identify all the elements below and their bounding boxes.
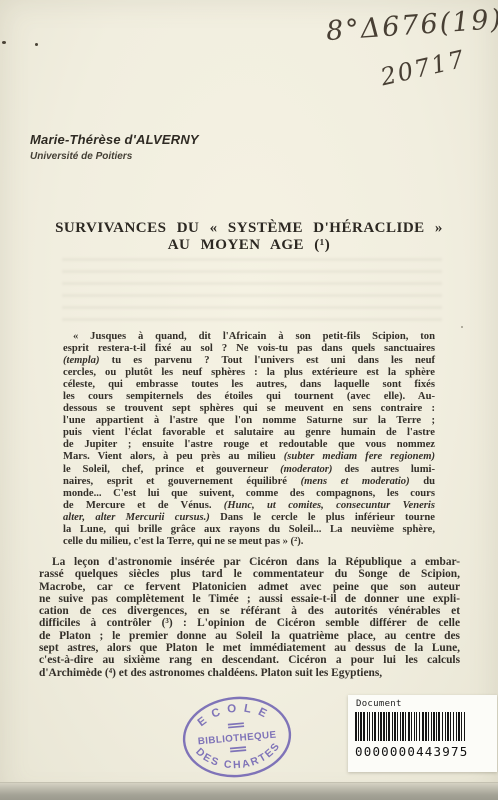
- text-line: La leçon d'astronomie insérée par Cicéro…: [39, 556, 460, 568]
- text-line: d'Archimède (⁴) et des astronomes chaldé…: [39, 667, 460, 679]
- stamp-top-text: ECOLE: [195, 700, 276, 730]
- text-line: la Lune, qui brille grâce aux rayons du …: [63, 524, 435, 536]
- barcode: [355, 712, 486, 741]
- text-line: céleste, qui embrasse toutes les autres,…: [63, 379, 435, 391]
- text-line: naires, esprit et gouvernement équilibré…: [63, 476, 435, 488]
- text-line: dessous se trouvent sept sphères qui se …: [63, 403, 435, 415]
- text-line: le Soleil, chef, prince et gouverneur (m…: [63, 464, 435, 476]
- text-line: de Mercure et de Vénus. (Hunc, ut comite…: [63, 500, 435, 512]
- paper-speck: [2, 41, 6, 44]
- text-line: celle du milieu, c'est la Terre, qui ne …: [63, 536, 435, 548]
- text-line: c'est-à-dire au sixième rang en descenda…: [39, 654, 460, 666]
- barcode-bar: [464, 712, 465, 741]
- text-line: ne suive pas complètement le Timée ; aus…: [39, 593, 460, 605]
- article-title: SURVIVANCES DU « SYSTÈME D'HÉRACLIDE » A…: [0, 220, 498, 253]
- text-line: l'une appartient à l'astre que l'on nomm…: [63, 415, 435, 427]
- text-line: alter, alter Mercurii cursus.) Dans le c…: [63, 512, 435, 524]
- handwritten-shelfmark: 8°Δ676(19): [325, 4, 498, 47]
- barcode-label-title: Document: [356, 699, 402, 709]
- paper-speck: [35, 43, 38, 46]
- text-line: Macrobe, car ce fervent Platonicien adme…: [39, 581, 460, 593]
- author-block: Marie-Thérèse d'ALVERNY Université de Po…: [30, 132, 199, 162]
- barcode-number: 0000000443975: [355, 744, 468, 759]
- paper-speck: [461, 326, 463, 328]
- stamp-ornament: [230, 749, 246, 752]
- text-line: cercles, ou plutôt les neuf sphères : la…: [63, 367, 435, 379]
- text-line: cation de ces divergences, en se référan…: [39, 605, 460, 617]
- body-paragraph: La leçon d'astronomie insérée par Cicéro…: [39, 556, 460, 679]
- scan-bottom-edge: [0, 782, 498, 800]
- text-line: esprit restera-t-il fixé au sol ? Ne voi…: [63, 343, 435, 355]
- text-line: difficiles à contrôler (³) : L'opinion d…: [39, 617, 460, 629]
- stamp-ornament: [228, 725, 244, 728]
- article-title-line1: SURVIVANCES DU « SYSTÈME D'HÉRACLIDE »: [0, 220, 498, 237]
- author-name: Marie-Thérèse d'ALVERNY: [30, 132, 199, 147]
- text-line: (templa) tu es parvenu ? Tout l'univers …: [63, 355, 435, 367]
- text-line: puis vient l'éclat favorable et salutair…: [63, 427, 435, 439]
- article-title-line2: AU MOYEN AGE (¹): [0, 237, 498, 254]
- barcode-label: Document 0000000443975: [348, 695, 497, 772]
- stamp-ornament: [230, 746, 246, 749]
- library-stamp: ECOLE DES CHARTES BIBLIOTHEQUE: [173, 688, 300, 786]
- stamp-ornament: [228, 722, 244, 725]
- text-line: monde... C'est lui que suivent, comme de…: [63, 488, 435, 500]
- scanned-page: 8°Δ676(19) 20717 Marie-Thérèse d'ALVERNY…: [0, 0, 498, 800]
- text-line: Mars. Vient alors, à peu près au milieu …: [63, 451, 435, 463]
- text-line: de Platon ; le premier donne au Soleil l…: [39, 630, 460, 642]
- text-line: rassé quelques siècles plus tard le comm…: [39, 568, 460, 580]
- handwritten-accession-number: 20717: [378, 45, 468, 92]
- text-line: sept astres, alors que Platon le met imm…: [39, 642, 460, 654]
- author-affiliation: Université de Poitiers: [30, 151, 199, 162]
- text-line: de Jupiter ; ensuite l'astre rouge et re…: [63, 439, 435, 451]
- text-line: « Jusques à quand, dit l'Africain à son …: [63, 331, 435, 343]
- text-line: les cours sempiternels des étoiles qui t…: [63, 391, 435, 403]
- quote-paragraph: « Jusques à quand, dit l'Africain à son …: [63, 331, 435, 548]
- stamp-middle-text: BIBLIOTHEQUE: [197, 730, 277, 748]
- page-showthrough: [62, 258, 442, 326]
